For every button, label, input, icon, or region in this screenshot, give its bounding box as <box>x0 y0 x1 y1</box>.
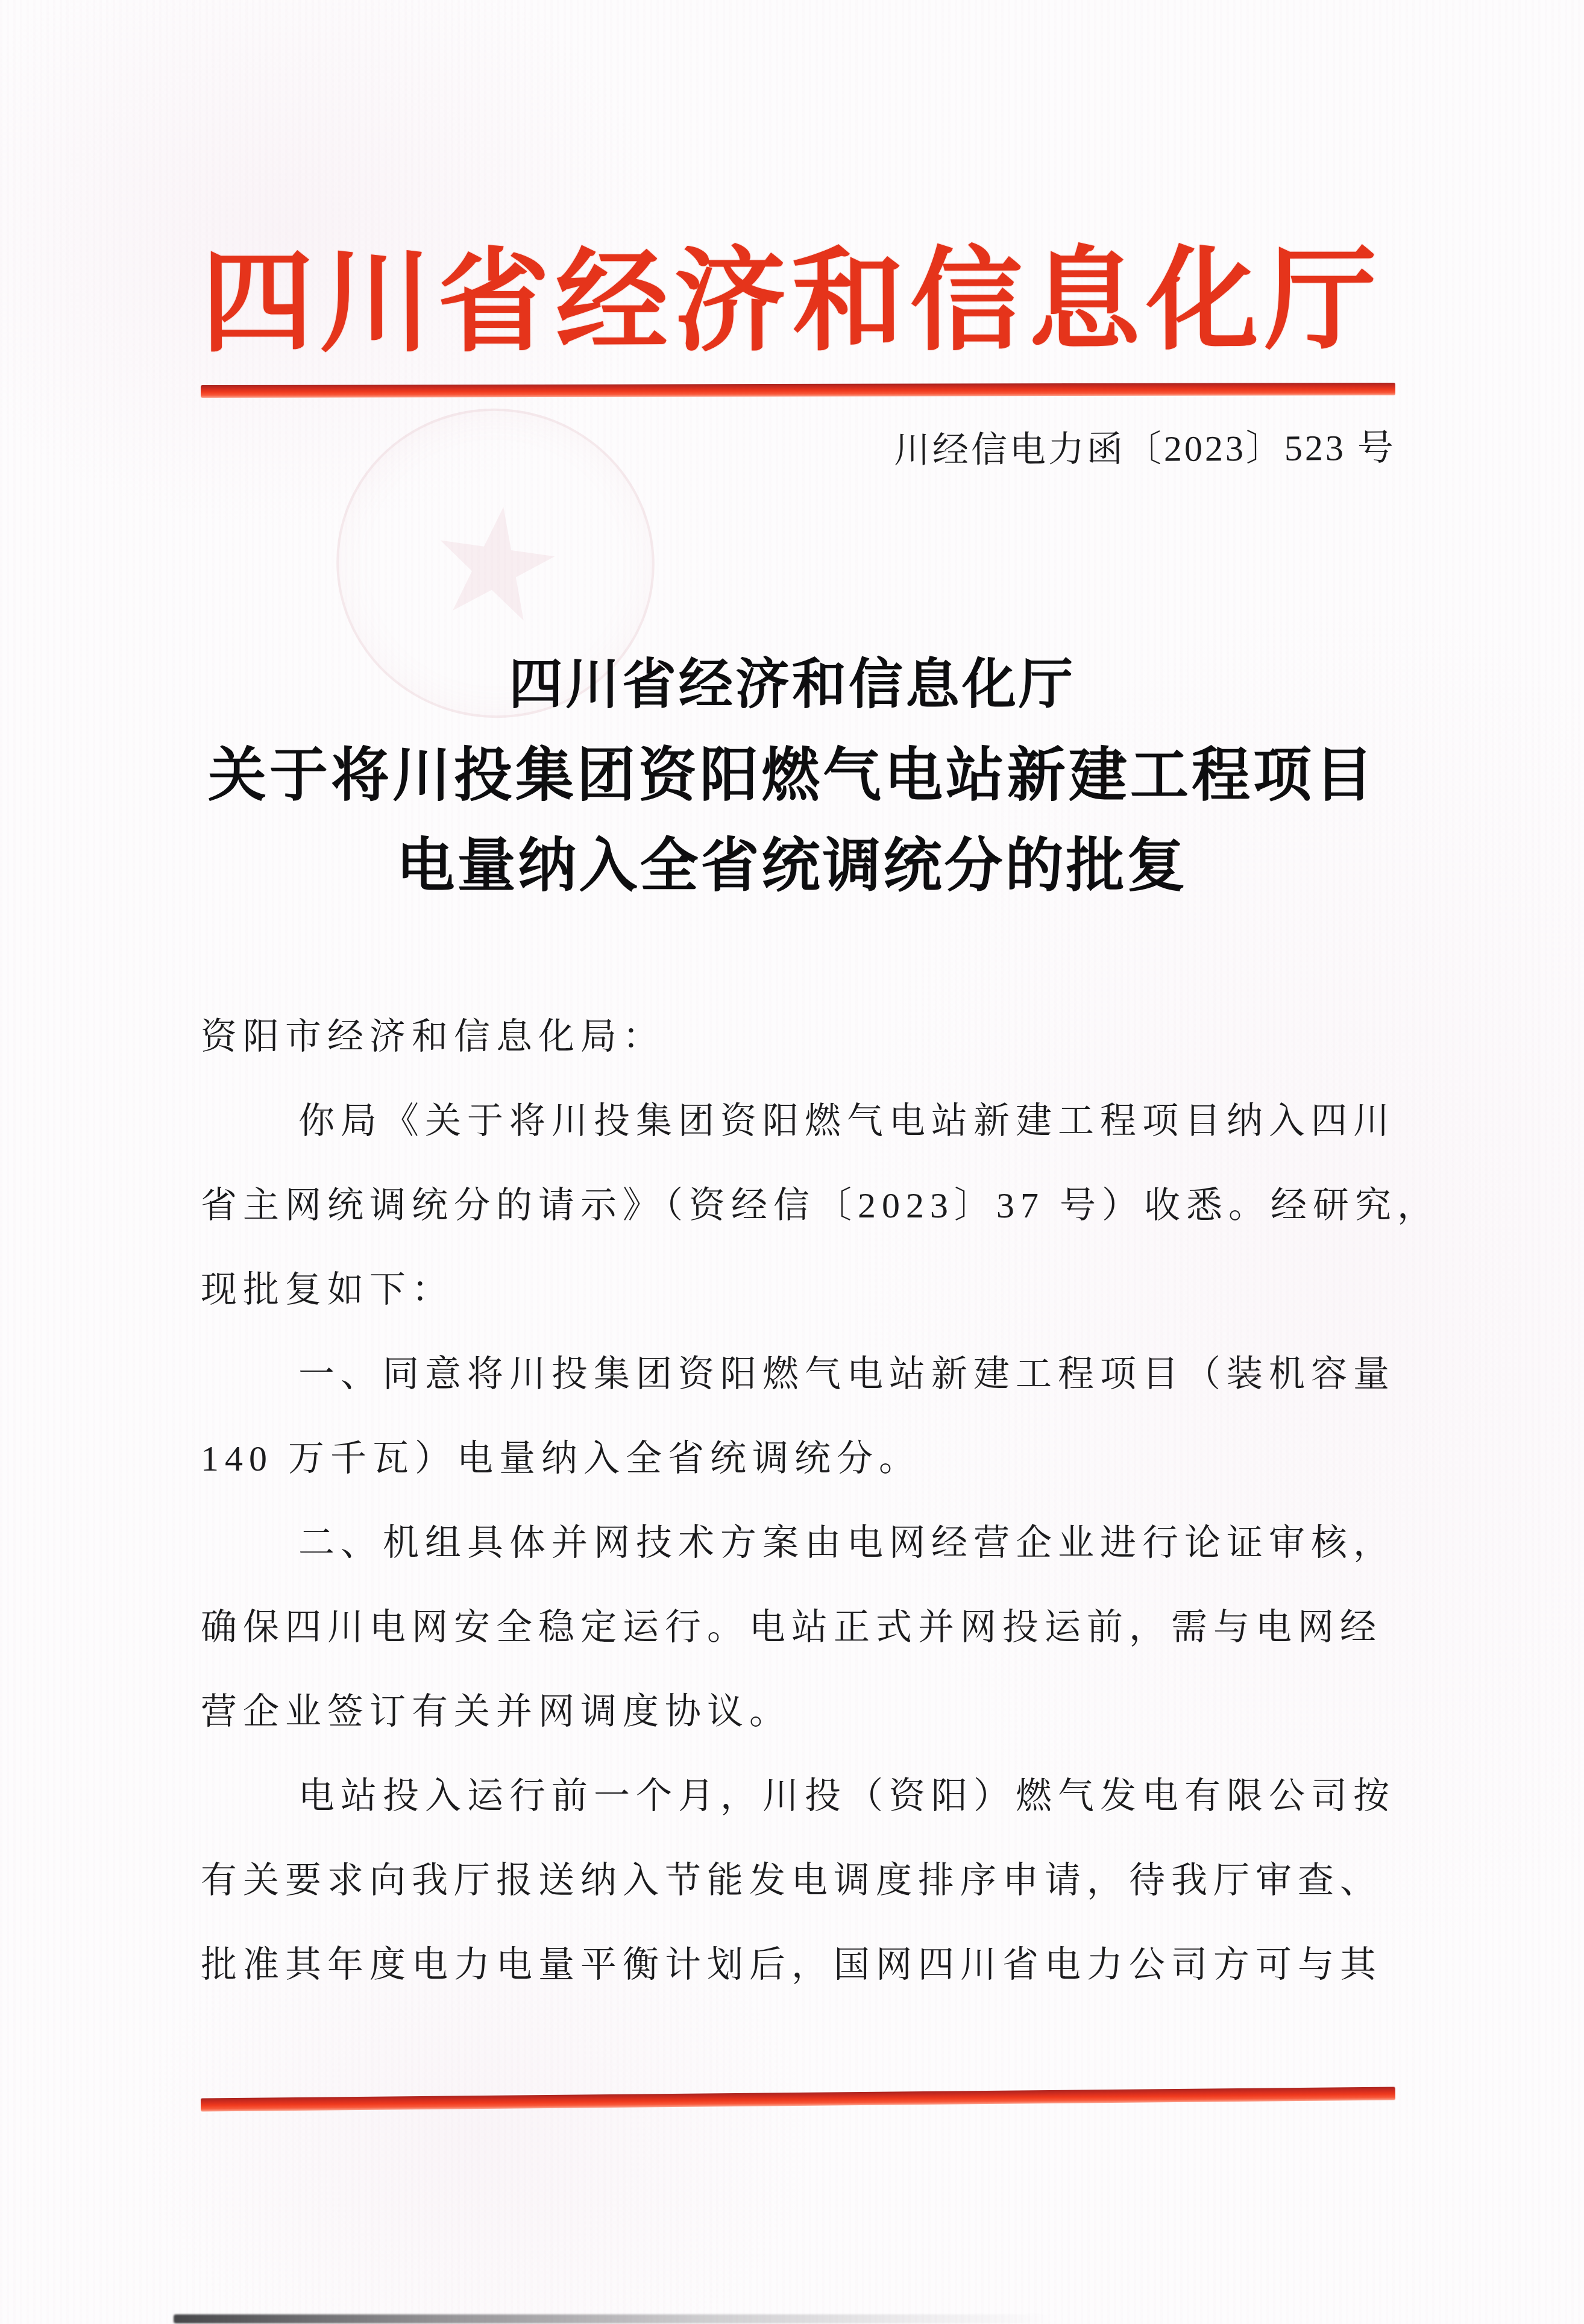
seal-star-icon: ★ <box>418 479 573 647</box>
letterhead-rule <box>201 383 1395 398</box>
body-line: 电站投入运行前一个月，川投（资阳）燃气发电有限公司按 <box>201 1754 1400 1838</box>
body-line: 有关要求向我厅报送纳入节能发电调度排序申请，待我厅审查、 <box>201 1838 1400 1923</box>
body-line: 省主网统调统分的请示》（资经信〔2023〕37 号）收悉。经研究， <box>201 1163 1400 1248</box>
letterhead-agency: 四川省经济和信息化厅 <box>0 228 1584 377</box>
body-line: 你局《关于将川投集团资阳燃气电站新建工程项目纳入四川 <box>201 1079 1400 1163</box>
scan-smudge <box>174 2314 1054 2323</box>
salutation: 资阳市经济和信息化局： <box>201 994 1400 1079</box>
doc-number: 川经信电力函〔2023〕523 号 <box>894 421 1396 477</box>
body-line: 批准其年度电力电量平衡计划后，国网四川省电力公司方可与其 <box>201 1923 1400 2007</box>
body-line: 确保四川电网安全稳定运行。电站正式并网投运前，需与电网经 <box>201 1585 1400 1669</box>
footer-rule <box>201 2087 1395 2111</box>
body-line: 现批复如下： <box>201 1248 1400 1332</box>
body-line: 二、机组具体并网技术方案由电网经营企业进行论证审核， <box>201 1501 1400 1585</box>
body-line: 140 万千瓦）电量纳入全省统调统分。 <box>201 1416 1400 1501</box>
document-body: 资阳市经济和信息化局： 你局《关于将川投集团资阳燃气电站新建工程项目纳入四川 省… <box>201 994 1400 2007</box>
scanned-document-page: 四川省经济和信息化厅 ★ 川经信电力函〔2023〕523 号 四川省经济和信息化… <box>0 0 1584 2324</box>
document-title: 四川省经济和信息化厅 关于将川投集团资阳燃气电站新建工程项目 电量纳入全省统调统… <box>0 640 1584 911</box>
document-title-line-3: 电量纳入全省统调统分的批复 <box>0 821 1584 911</box>
body-line: 一、同意将川投集团资阳燃气电站新建工程项目（装机容量 <box>201 1332 1400 1416</box>
body-line: 营企业签订有关并网调度协议。 <box>201 1669 1400 1754</box>
document-title-line-1: 四川省经济和信息化厅 <box>0 640 1584 730</box>
document-title-line-2: 关于将川投集团资阳燃气电站新建工程项目 <box>0 730 1584 821</box>
